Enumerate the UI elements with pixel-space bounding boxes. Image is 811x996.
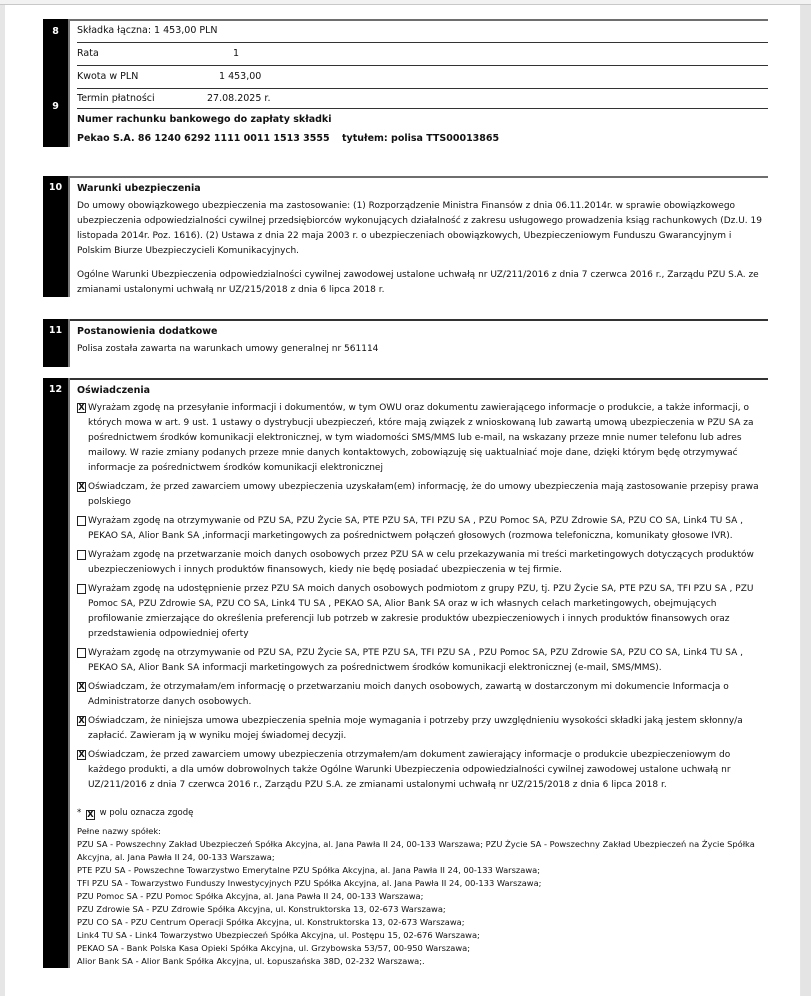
checkbox-checked[interactable]: X (77, 716, 86, 726)
amount-row: Kwota w PLN 1 453,00 (77, 66, 768, 89)
section-12-content: Oświadczenia XWyrażam zgodę na przesyłan… (77, 384, 768, 968)
bank-account-row: Pekao S.A. 86 1240 6292 1111 0011 1513 3… (77, 129, 768, 148)
section-8-9: 8 9 Składka łączna: 1 453,00 PLN Rata 1 … (43, 19, 768, 147)
declaration-item: Wyrażam zgodę na otrzymywanie od PZU SA,… (77, 646, 768, 676)
legend-asterisk: * (77, 808, 81, 818)
declaration-item: XOświadczam, że niniejsza umowa ubezpiec… (77, 714, 768, 744)
divider (70, 319, 768, 321)
section-11-number: 11 (43, 319, 68, 336)
checkbox-unchecked[interactable] (77, 550, 86, 560)
checkbox-unchecked[interactable] (77, 648, 86, 658)
company-entry: PZU Zdrowie SA - PZU Zdrowie Spółka Akcy… (77, 903, 768, 916)
due-date-value: 27.08.2025 r. (207, 89, 270, 109)
section-12-title: Oświadczenia (77, 384, 768, 398)
declaration-text: Wyrażam zgodę na przetwarzanie moich dan… (88, 550, 754, 575)
due-date-row: Termin płatności 27.08.2025 r. (77, 89, 768, 109)
section-9-number: 9 (43, 37, 68, 112)
legend-text: w polu oznacza zgodę (100, 808, 194, 818)
general-agreement-text: Polisa została zawarta na warunkach umow… (77, 342, 768, 357)
checkbox-checked[interactable]: X (77, 403, 86, 413)
installment-value: 1 (233, 43, 239, 65)
section-11-title: Postanowienia dodatkowe (77, 325, 768, 339)
divider (70, 378, 768, 380)
company-entry: PZU CO SA - PZU Centrum Operacji Spółka … (77, 916, 768, 929)
company-entry: TFI PZU SA - Towarzystwo Funduszy Inwest… (77, 877, 768, 890)
declaration-item: XWyrażam zgodę na przesyłanie informacji… (77, 401, 768, 476)
section-10-title: Warunki ubezpieczenia (77, 182, 768, 196)
declaration-item: XOświadczam, że przed zawarciem umowy ub… (77, 748, 768, 793)
amount-value: 1 453,00 (219, 66, 261, 88)
legend-checkbox: X (86, 810, 95, 820)
company-entry: Link4 TU SA - Link4 Towarzystwo Ubezpiec… (77, 929, 768, 942)
transfer-title: tytułem: polisa TTS00013865 (342, 129, 499, 148)
declaration-item: XOświadczam, że otrzymałam/em informację… (77, 680, 768, 710)
divider (70, 176, 768, 178)
checkbox-checked[interactable]: X (77, 482, 86, 492)
scrollbar[interactable] (801, 5, 811, 996)
declaration-text: Oświadczam, że przed zawarciem umowy ube… (88, 482, 759, 507)
document-page: 8 9 Składka łączna: 1 453,00 PLN Rata 1 … (5, 5, 800, 996)
declaration-text: Oświadczam, że otrzymałam/em informację … (88, 682, 729, 707)
checkbox-unchecked[interactable] (77, 584, 86, 594)
declaration-text: Wyrażam zgodę na otrzymywanie od PZU SA,… (88, 516, 743, 541)
companies-title: Pełne nazwy spółek: (77, 825, 768, 838)
company-entry: PZU SA - Powszechny Zakład Ubezpieczeń S… (77, 838, 768, 864)
checkbox-checked[interactable]: X (77, 750, 86, 760)
total-premium-row: Składka łączna: 1 453,00 PLN (77, 20, 768, 43)
section-10-number: 10 (43, 176, 68, 193)
checkbox-unchecked[interactable] (77, 516, 86, 526)
declaration-item: Wyrażam zgodę na przetwarzanie moich dan… (77, 548, 768, 578)
declarations-list: XWyrażam zgodę na przesyłanie informacji… (77, 401, 768, 793)
installment-label: Rata (77, 43, 99, 65)
company-entry: PZU Pomoc SA - PZU Pomoc Spółka Akcyjna,… (77, 890, 768, 903)
declaration-text: Wyrażam zgodę na otrzymywanie od PZU SA,… (88, 648, 743, 673)
checkbox-checked[interactable]: X (77, 682, 86, 692)
section-number-column: 12 (43, 378, 70, 968)
company-entry: Alior Bank SA - Alior Bank Spółka Akcyjn… (77, 955, 768, 968)
section-number-column: 8 9 (43, 19, 70, 147)
declaration-item: Wyrażam zgodę na otrzymywanie od PZU SA,… (77, 514, 768, 544)
total-premium: Składka łączna: 1 453,00 PLN (77, 20, 218, 42)
declaration-item: XOświadczam, że przed zawarciem umowy ub… (77, 480, 768, 510)
premium-table: Składka łączna: 1 453,00 PLN Rata 1 Kwot… (77, 20, 768, 148)
declaration-text: Oświadczam, że niniejsza umowa ubezpiecz… (88, 716, 743, 741)
installment-row: Rata 1 (77, 43, 768, 66)
companies-list: PZU SA - Powszechny Zakład Ubezpieczeń S… (77, 838, 768, 968)
insurance-terms-paragraph: Do umowy obowiązkowego ubezpieczenia ma … (77, 199, 768, 259)
consent-legend: * X w polu oznacza zgodę (77, 807, 768, 820)
section-10: 10 Warunki ubezpieczenia Do umowy obowią… (43, 176, 768, 297)
declaration-item: Wyrażam zgodę na udostępnienie przez PZU… (77, 582, 768, 642)
company-entry: PEKAO SA - Bank Polska Kasa Opieki Spółk… (77, 942, 768, 955)
declaration-text: Wyrażam zgodę na udostępnienie przez PZU… (88, 584, 753, 639)
section-12: 12 Oświadczenia XWyrażam zgodę na przesy… (43, 378, 768, 968)
section-number-column: 10 (43, 176, 70, 297)
due-date-label: Termin płatności (77, 89, 155, 109)
section-number-column: 11 (43, 319, 70, 367)
section-11: 11 Postanowienia dodatkowe Polisa został… (43, 319, 768, 367)
bank-account-title: Numer rachunku bankowego do zapłaty skła… (77, 110, 768, 129)
section-11-content: Postanowienia dodatkowe Polisa została z… (77, 325, 768, 357)
company-entry: PTE PZU SA - Powszechne Towarzystwo Emer… (77, 864, 768, 877)
declaration-text: Oświadczam, że przed zawarciem umowy ube… (88, 750, 731, 790)
declaration-text: Wyrażam zgodę na przesyłanie informacji … (88, 403, 754, 473)
bank-account-number: Pekao S.A. 86 1240 6292 1111 0011 1513 3… (77, 133, 330, 144)
general-terms-paragraph: Ogólne Warunki Ubezpieczenia odpowiedzia… (77, 268, 768, 298)
section-12-number: 12 (43, 378, 68, 395)
section-10-content: Warunki ubezpieczenia Do umowy obowiązko… (77, 182, 768, 298)
amount-label: Kwota w PLN (77, 66, 138, 88)
section-8-number: 8 (43, 19, 68, 37)
